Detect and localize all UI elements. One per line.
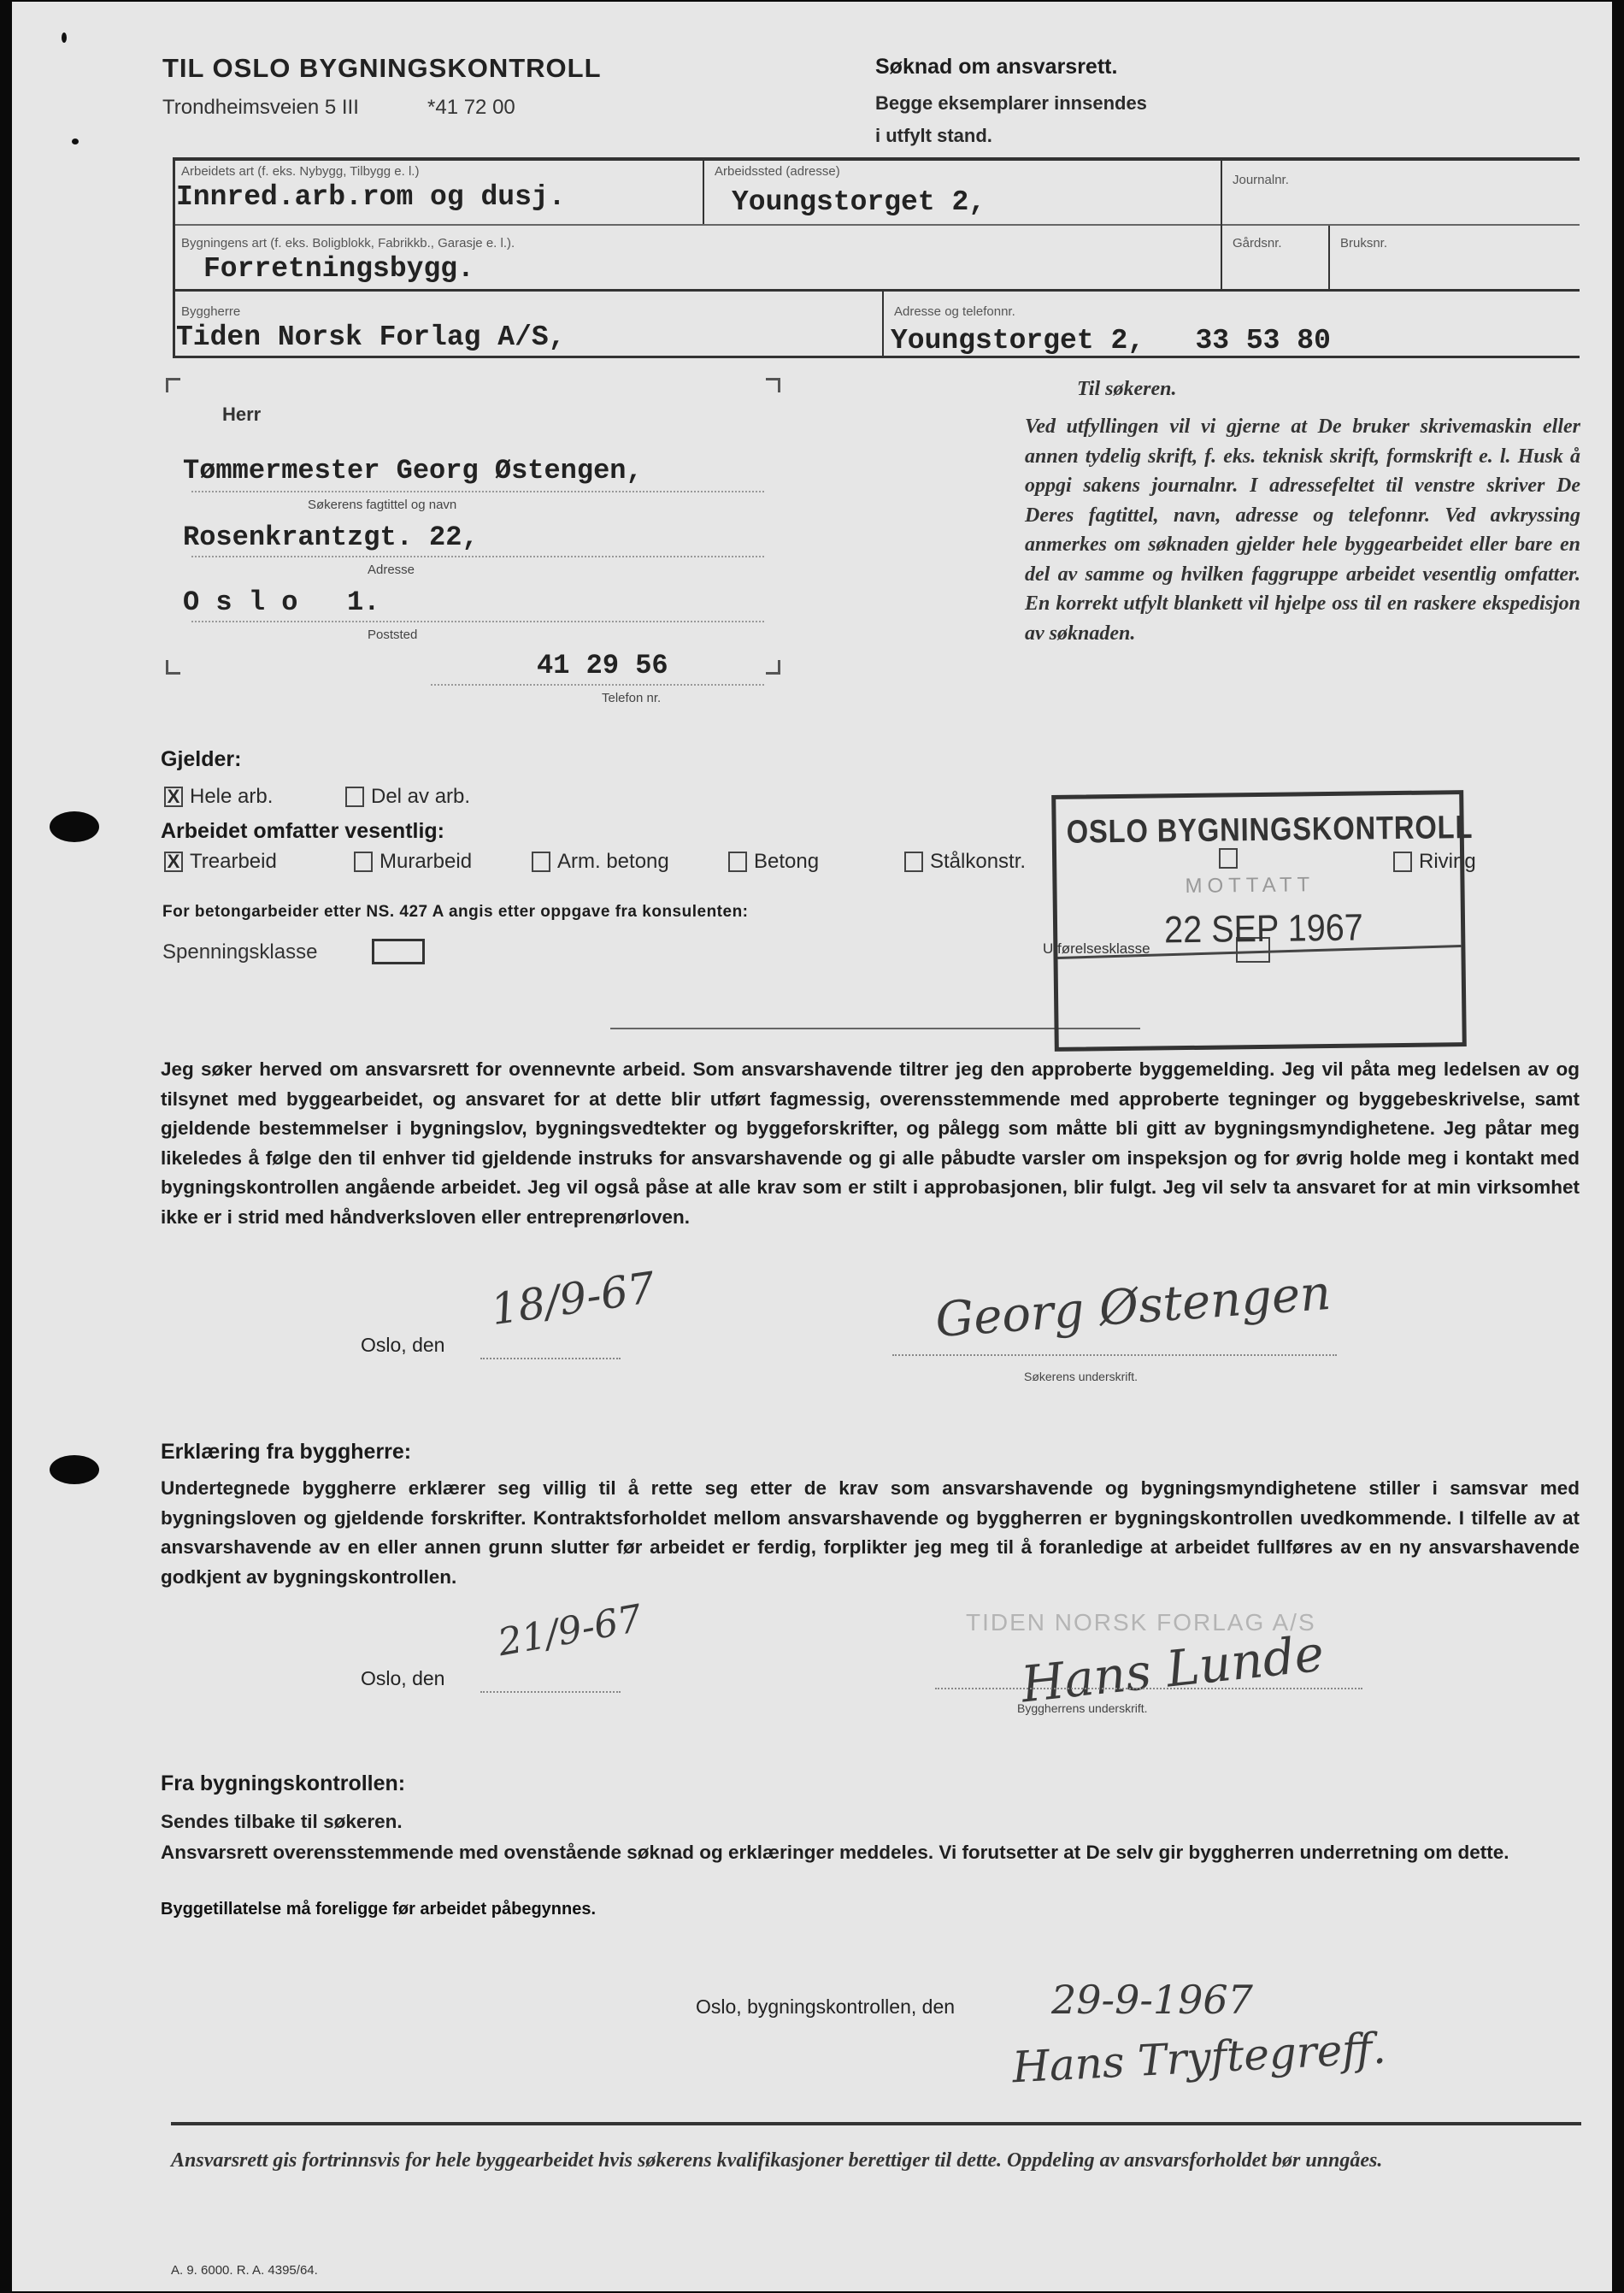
checkbox-icon[interactable] <box>904 852 923 872</box>
checkbox-icon[interactable] <box>532 852 550 872</box>
applicant-name-field[interactable]: Tømmermester Georg Østengen, <box>183 455 643 486</box>
application-fields-grid: Arbeidets art (f. eks. Nybygg, Tilbygg e… <box>173 157 1580 359</box>
form-title: Søknad om ansvarsrett. <box>875 55 1117 80</box>
scope-option-betong[interactable]: Betong <box>728 850 819 874</box>
owner-address-label: Adresse og telefonnr. <box>894 304 1015 319</box>
authority-title: TIL OSLO BYGNINGSKONTROLL <box>162 53 602 84</box>
punch-hole <box>50 1455 99 1484</box>
form-number: A. 9. 6000. R. A. 4395/64. <box>171 2263 318 2278</box>
ink-speck <box>72 139 79 144</box>
note-title: Til søkeren. <box>1077 378 1176 401</box>
owner-place-label: Oslo, den <box>361 1667 444 1690</box>
scope-option-arm-betong[interactable]: Arm. betong <box>532 850 669 874</box>
work-type-field[interactable]: Innred.arb.rom og dusj. <box>176 181 565 213</box>
owner-declaration-body: Undertegnede byggherre erklærer seg vill… <box>161 1474 1580 1592</box>
owner-date-field[interactable]: 21/9-67 <box>495 1597 645 1665</box>
stress-class-field[interactable] <box>372 939 425 964</box>
declaration-date-line <box>480 1358 621 1359</box>
applies-heading: Gjelder: <box>161 747 241 772</box>
owner-address-field[interactable]: Youngstorget 2, 33 53 80 <box>891 325 1331 357</box>
building-type-field[interactable]: Forretningsbygg. <box>203 253 474 285</box>
owner-label: Byggherre <box>181 304 240 319</box>
applicant-name-caption: Søkerens fagtittel og navn <box>308 498 456 512</box>
footer-note: Ansvarsrett gis fortrinnsvis for hele by… <box>171 2144 1581 2177</box>
authority-heading: Fra bygningskontrollen: <box>161 1771 405 1796</box>
scope-option-label: Trearbeid <box>190 850 277 874</box>
applicant-phone-caption: Telefon nr. <box>602 691 661 705</box>
applicant-address-caption: Adresse <box>368 563 415 577</box>
applies-option-del[interactable]: Del av arb. <box>345 785 470 809</box>
document-page: TIL OSLO BYGNINGSKONTROLL Trondheimsveie… <box>12 2 1612 2291</box>
checkbox-checked-icon[interactable]: X <box>164 852 183 872</box>
address-window-corner <box>766 378 780 392</box>
applicant-postal-field[interactable]: O s l o 1. <box>183 587 380 618</box>
scope-option-stalkonstr[interactable]: Stålkonstr. <box>904 850 1026 874</box>
ink-speck <box>62 32 67 43</box>
applicant-phone-line <box>431 684 764 686</box>
scope-option-label: Betong <box>754 850 819 874</box>
applicant-signature-line <box>892 1354 1337 1356</box>
scope-option-trearbeid[interactable]: X Trearbeid <box>164 850 277 874</box>
work-site-label: Arbeidssted (adresse) <box>715 164 840 179</box>
stress-class-label: Spenningsklasse <box>162 940 317 964</box>
punch-hole <box>50 811 99 842</box>
scope-option-murarbeid[interactable]: Murarbeid <box>354 850 472 874</box>
owner-date-line <box>480 1691 621 1693</box>
address-window-corner <box>166 378 180 392</box>
checkbox-checked-icon[interactable]: X <box>164 787 183 807</box>
owner-declaration-heading: Erklæring fra byggherre: <box>161 1440 411 1465</box>
applicant-name-line <box>191 491 764 492</box>
owner-signature-line <box>935 1688 1362 1689</box>
scope-option-label: Arm. betong <box>557 850 669 874</box>
stamp-title: OSLO BYGNINGSKONTROLL <box>1066 810 1473 852</box>
use-no-label: Bruksnr. <box>1340 236 1387 251</box>
owner-signature-caption: Byggherrens underskrift. <box>1017 1701 1148 1715</box>
note-body: Ved utfyllingen vil vi gjerne at De bruk… <box>1025 412 1580 648</box>
authority-signature[interactable]: Hans Tryftegreff. <box>1011 2024 1387 2093</box>
owner-signature[interactable]: Hans Lunde <box>1018 1624 1327 1714</box>
applies-option-label: Del av arb. <box>371 785 470 809</box>
work-type-label: Arbeidets art (f. eks. Nybygg, Tilbygg e… <box>181 164 419 179</box>
applies-option-label: Hele arb. <box>190 785 273 809</box>
applicant-postal-line <box>191 621 764 622</box>
form-instruction-2: i utfylt stand. <box>875 120 992 152</box>
checkbox-icon[interactable] <box>728 852 747 872</box>
scope-option-label: Stålkonstr. <box>930 850 1026 874</box>
stamp-date: 22 SEP 1967 <box>1164 907 1363 952</box>
applicant-postal-caption: Poststed <box>368 628 417 642</box>
applicant-address-field[interactable]: Rosenkrantzgt. 22, <box>183 522 479 553</box>
scope-option-label: Murarbeid <box>380 850 472 874</box>
applicant-address-line <box>191 556 764 557</box>
address-window-corner <box>166 660 180 675</box>
address-window-corner <box>766 660 780 675</box>
received-stamp: OSLO BYGNINGSKONTROLL MOTTATT 22 SEP 196… <box>1051 790 1467 1052</box>
applies-option-hele[interactable]: X Hele arb. <box>164 785 273 809</box>
declaration-body: Jeg søker herved om ansvarsrett for oven… <box>161 1055 1580 1232</box>
owner-field[interactable]: Tiden Norsk Forlag A/S, <box>176 321 565 353</box>
declaration-date-field[interactable]: 18/9-67 <box>488 1263 658 1335</box>
authority-phone: *41 72 00 <box>427 96 515 120</box>
journal-no-label: Journalnr. <box>1233 173 1289 187</box>
declaration-place-label: Oslo, den <box>361 1334 444 1357</box>
authority-place-label: Oslo, bygningskontrollen, den <box>696 1995 955 2019</box>
authority-line-3: Byggetillatelse må foreligge før arbeide… <box>161 1900 596 1919</box>
farm-no-label: Gårdsnr. <box>1233 236 1282 251</box>
building-type-label: Bygningens art (f. eks. Boligblokk, Fabr… <box>181 236 515 251</box>
concrete-note: For betongarbeider etter NS. 427 A angis… <box>162 903 749 922</box>
scope-heading: Arbeidet omfatter vesentlig: <box>161 819 444 844</box>
checkbox-icon[interactable] <box>354 852 373 872</box>
work-site-field[interactable]: Youngstorget 2, <box>732 186 986 218</box>
applicant-signature-caption: Søkerens underskrift. <box>1024 1370 1138 1383</box>
authority-date-field[interactable]: 29-9-1967 <box>1051 1977 1253 2023</box>
stamp-subtitle: MOTTATT <box>1185 873 1315 899</box>
authority-line-2: Ansvarsrett overensstemmende med ovenstå… <box>161 1838 1580 1868</box>
form-instruction-1: Begge eksemplarer innsendes <box>875 87 1147 120</box>
applicant-phone-field[interactable]: 41 29 56 <box>537 650 668 681</box>
authority-line-1: Sendes tilbake til søkeren. <box>161 1811 403 1833</box>
checkbox-icon[interactable] <box>345 787 364 807</box>
salutation: Herr <box>222 404 261 426</box>
authority-address: Trondheimsveien 5 III <box>162 96 359 120</box>
footer-rule <box>171 2122 1581 2125</box>
applicant-signature[interactable]: Georg Østengen <box>933 1265 1333 1348</box>
